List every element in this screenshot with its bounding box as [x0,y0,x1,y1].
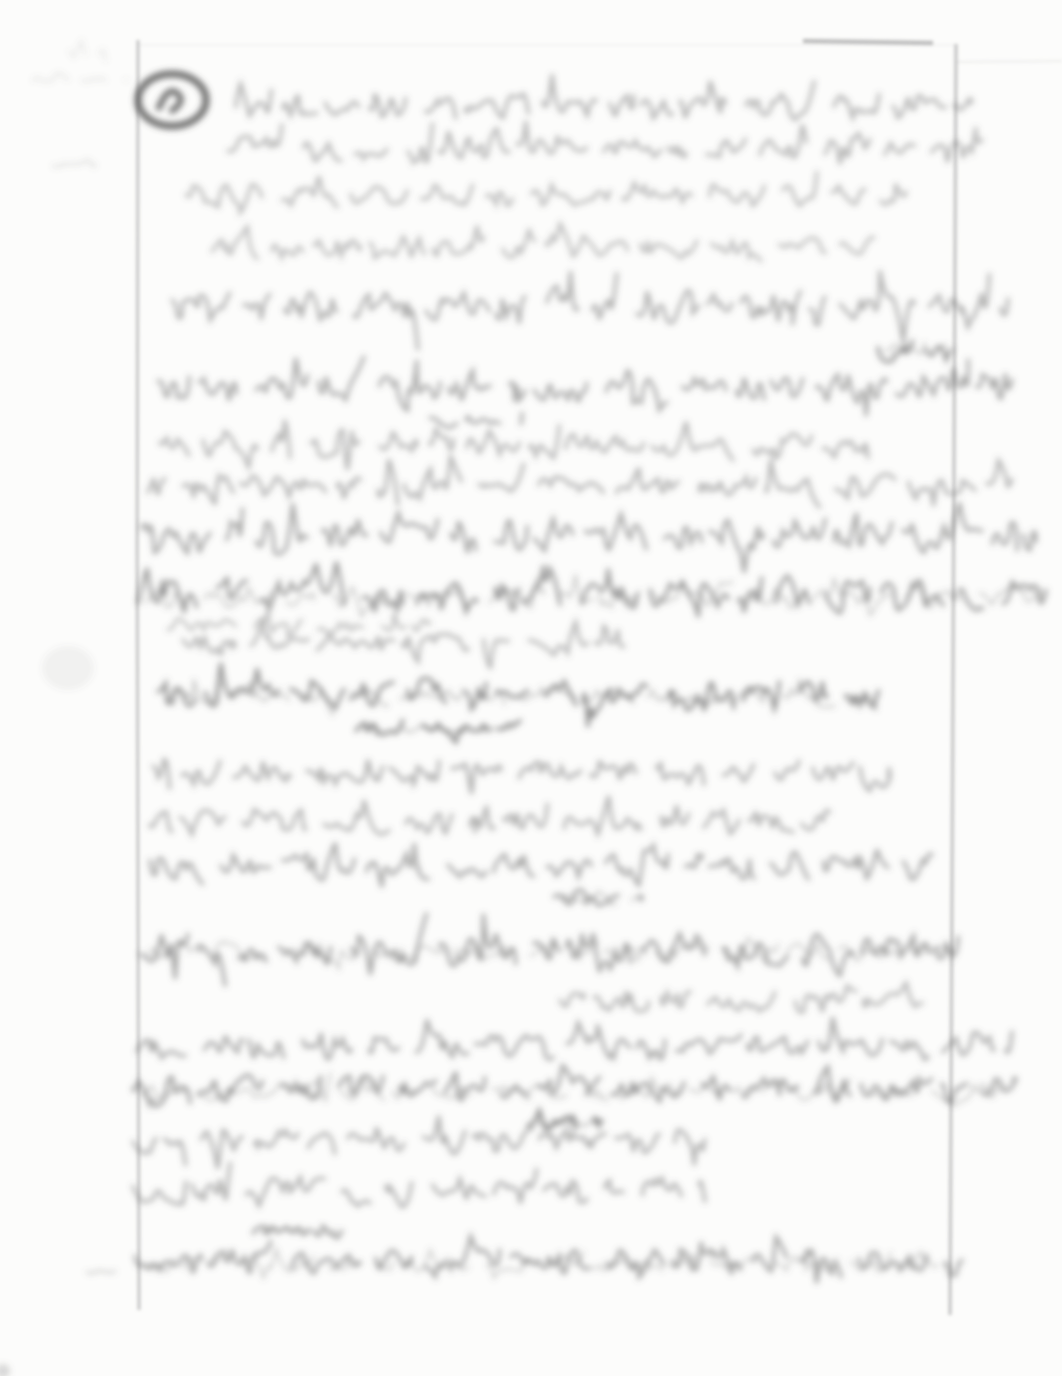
handwriting-row [168,611,430,636]
handwriting-row [158,357,1012,417]
handwriting-row [236,74,972,119]
top-right-pencil-bar [803,41,933,43]
right-edge-hairline [956,61,1062,62]
scan-canvas [0,0,1062,1376]
handwriting-row [150,796,830,834]
margin-smudge [0,1364,10,1376]
handwriting-row [137,1017,1012,1059]
handwriting-row [148,457,1012,507]
margin-smudge [52,160,95,167]
handwriting-row [153,759,890,794]
left-margin-rule [137,40,139,1310]
margin-smudge [86,1271,116,1274]
handwriting-row [140,914,958,986]
handwriting-row [142,502,1036,573]
margin-smudge [33,73,128,82]
right-margin-rule [950,44,956,1315]
handwriting-row [133,1066,1016,1107]
margin-smudge [68,41,106,62]
handwriting-row [138,562,1046,618]
handwriting-row [160,420,868,470]
handwriting-row [186,172,906,212]
handwriting-row [158,663,879,727]
handwriting-row [560,983,922,1012]
handwriting-row [150,843,932,888]
handwriting-layer [0,41,1046,1376]
handwriting-row [212,224,874,261]
scanned-page [0,0,1062,1376]
handwriting-row [133,1116,705,1169]
problem-number-badge [138,74,206,126]
handwriting-row [228,121,982,165]
handwriting-row [172,270,1008,349]
margin-smudge [42,646,94,690]
problem-number-scribble [158,91,181,112]
handwriting-row [133,1163,705,1207]
handwriting-row [430,413,522,428]
